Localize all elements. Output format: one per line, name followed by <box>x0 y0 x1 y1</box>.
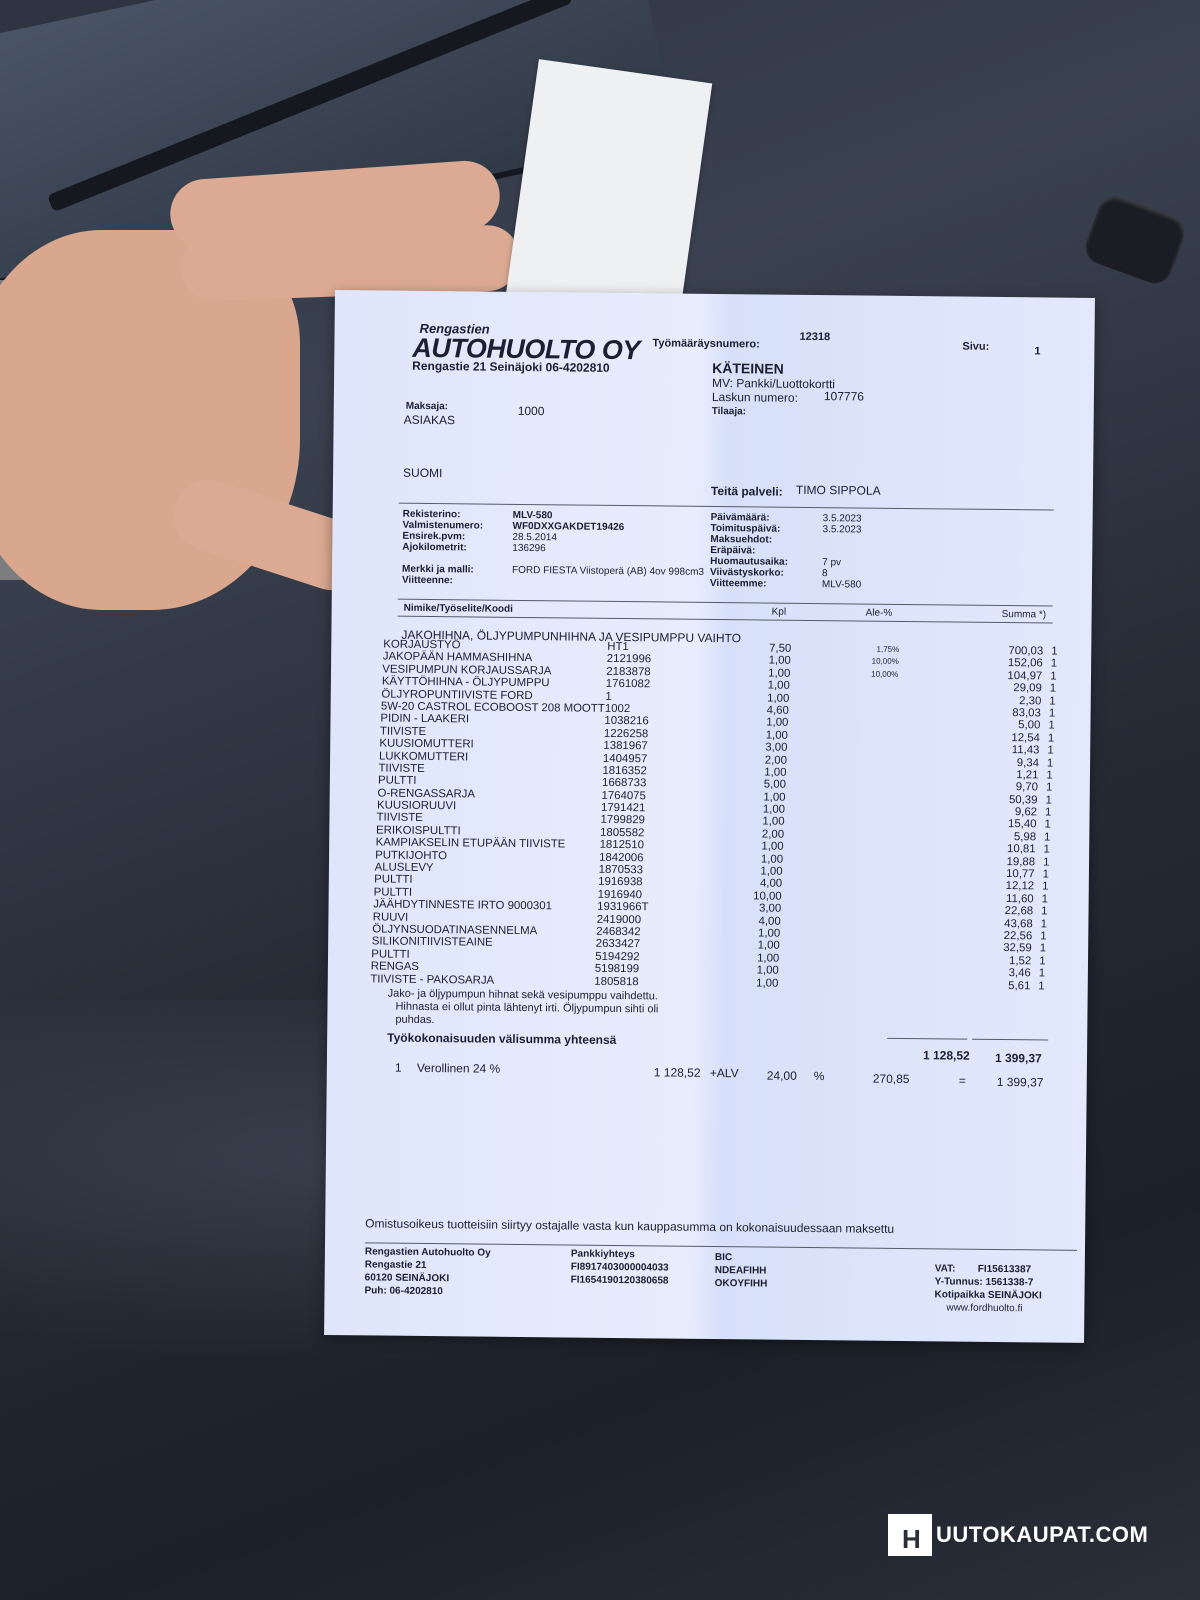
line-item-qty: 1,00 <box>742 679 790 692</box>
served-by-label: Teitä palveli: <box>711 484 783 499</box>
footer-bank: Pankkiyhteys FI8917403000004033 FI165419… <box>571 1248 669 1288</box>
line-item-vat: 1 <box>1044 819 1050 831</box>
line-item-name: ALUSLEVY <box>375 861 434 874</box>
line-item-qty: 1,00 <box>732 927 780 940</box>
line-item-sum: 1,21 <box>968 769 1038 782</box>
line-item-sum: 104,97 <box>972 669 1042 682</box>
line-item-discount <box>838 792 894 793</box>
line-item-qty: 1,00 <box>736 816 784 829</box>
line-item-vat: 1 <box>1042 881 1048 893</box>
line-item-vat: 1 <box>1051 646 1057 658</box>
line-item-sum: 700,03 <box>973 645 1043 658</box>
line-item-qty: 1,00 <box>735 853 783 866</box>
col-name: Nimike/Työselite/Koodi <box>404 603 513 615</box>
payment-type: KÄTEINEN <box>712 360 784 377</box>
line-item-name: RUUVI <box>373 911 409 924</box>
line-item-vat: 1 <box>1045 794 1051 806</box>
invoice-date: 3.5.2023 <box>823 513 862 524</box>
delivery-date: 3.5.2023 <box>822 524 861 535</box>
line-item-discount <box>834 879 890 880</box>
line-items: KORJAUSTYÖHT17,501,75%700,031JAKOPÄÄN HA… <box>380 639 1064 993</box>
line-item-discount <box>832 941 888 942</box>
line-item-discount <box>835 854 891 855</box>
vat-percent: % <box>814 1069 825 1083</box>
line-item-sum: 9,70 <box>968 781 1038 794</box>
line-item-code: 1404957 <box>603 752 647 765</box>
line-item-name: LUKKOMUTTERI <box>379 750 468 763</box>
line-item-qty: 10,00 <box>734 890 782 903</box>
subtotal-label: Työkokonaisuuden välisumma yhteensä <box>387 1031 616 1047</box>
line-item-name: TIIVISTE <box>378 762 424 775</box>
served-by: TIMO SIPPOLA <box>796 483 881 498</box>
line-item-vat: 1 <box>1051 658 1057 670</box>
line-item-vat: 1 <box>1038 980 1044 992</box>
line-item-qty: 1,00 <box>741 692 789 705</box>
line-item-qty: 1,00 <box>736 840 784 853</box>
line-item-sum: 32,59 <box>962 942 1032 955</box>
line-item-code: 1764075 <box>601 790 645 803</box>
line-item-discount <box>838 780 894 781</box>
vat-rate: 24,00 <box>767 1069 797 1083</box>
line-item-qty: 1,00 <box>740 729 788 742</box>
line-item-vat: 1 <box>1039 955 1045 967</box>
work-notes: Jako- ja öljypumpun hihnat sekä vesipump… <box>387 988 658 1030</box>
payment-method: MV: Pankki/Luottokortti <box>712 376 835 391</box>
line-item-qty: 2,00 <box>736 828 784 841</box>
washer-nozzle <box>1081 192 1190 289</box>
line-item-code: 2468342 <box>596 926 640 939</box>
line-item-name: TIIVISTE <box>380 725 426 738</box>
line-item-discount <box>839 755 895 756</box>
line-item-discount: 10,00% <box>842 668 898 681</box>
work-order-number: 12318 <box>799 331 830 343</box>
line-item-vat: 1 <box>1049 707 1055 719</box>
line-item-vat: 1 <box>1043 868 1049 880</box>
line-item-discount <box>840 718 896 719</box>
subtotal-net: 1 128,52 <box>923 1048 970 1062</box>
line-item-vat: 1 <box>1049 695 1055 707</box>
payer-id: 1000 <box>518 404 545 418</box>
work-order-label: Työmääräysnumero: <box>652 337 760 350</box>
line-item-discount: 10,00% <box>843 656 899 669</box>
line-item-name: PULTTI <box>371 948 410 961</box>
line-item-code: 1381967 <box>603 740 647 753</box>
line-item-sum: 5,98 <box>966 830 1036 843</box>
line-item-sum: 3,46 <box>961 967 1031 980</box>
line-item-code: 2183878 <box>606 666 650 679</box>
line-item-sum: 12,12 <box>964 880 1034 893</box>
terms-labels: Päivämäärä: Toimituspäivä: Maksuehdot: E… <box>710 512 789 590</box>
line-item-vat: 1 <box>1047 757 1053 769</box>
line-item-qty: 1,00 <box>735 865 783 878</box>
col-sum: Summa *) <box>1002 609 1047 620</box>
line-item-sum: 9,34 <box>969 756 1039 769</box>
subtotal-gross: 1 399,37 <box>995 1051 1042 1065</box>
payer-name: ASIAKAS <box>404 413 456 428</box>
line-item-name: KORJAUSTYÖ <box>383 639 460 652</box>
line-item-sum: 50,39 <box>967 793 1037 806</box>
line-item-code: HT1 <box>607 641 629 654</box>
line-item-qty: 3,00 <box>739 741 787 754</box>
line-item-sum: 22,68 <box>963 905 1033 918</box>
line-item-sum: 22,56 <box>962 930 1032 943</box>
line-item-code: 1038216 <box>604 715 648 728</box>
line-item-sum: 19,88 <box>965 855 1035 868</box>
line-item-code: 1805582 <box>600 827 644 840</box>
line-item-sum: 1,52 <box>961 954 1031 967</box>
footer-ids: VAT: FI15613387 Y-Tunnus: 1561338-7 Koti… <box>934 1262 1042 1315</box>
line-item-code: 1812510 <box>600 839 644 852</box>
ownership-note: Omistusoikeus tuotteisiin siirtyy ostaja… <box>365 1216 894 1236</box>
line-item-code: 2121996 <box>607 653 651 666</box>
line-item-code: 1805818 <box>594 975 638 988</box>
col-qty: Kpl <box>772 607 787 618</box>
vat-alv: +ALV <box>710 1066 739 1080</box>
line-item-name: ERIKOISPULTTI <box>376 824 461 837</box>
line-item-discount <box>833 916 889 917</box>
line-item-qty: 2,00 <box>739 754 787 767</box>
line-item-qty: 1,00 <box>738 766 786 779</box>
line-item-discount: 1,75% <box>843 643 899 656</box>
line-item-discount <box>841 705 897 706</box>
line-item-code: 1668733 <box>602 777 646 790</box>
vat-base: 1 128,52 <box>654 1065 701 1079</box>
line-item-qty: 1,00 <box>743 655 791 668</box>
line-item-discount <box>836 829 892 830</box>
line-item-code: 2633427 <box>596 938 640 951</box>
line-item-vat: 1 <box>1044 844 1050 856</box>
line-item-sum: 2,30 <box>971 694 1041 707</box>
line-item-sum: 83,03 <box>971 707 1041 720</box>
website-link: www.fordhuolto.fi <box>934 1301 1041 1315</box>
line-item-code: 1791421 <box>601 802 645 815</box>
line-item-vat: 1 <box>1041 906 1047 918</box>
line-item-sum: 10,77 <box>965 868 1035 881</box>
line-item-code: 1931966T <box>597 901 648 914</box>
line-item-sum: 43,68 <box>963 917 1033 930</box>
invoice-number-label: Laskun numero: <box>712 390 798 405</box>
line-item-sum: 152,06 <box>973 657 1043 670</box>
line-item-vat: 1 <box>1042 893 1048 905</box>
country: SUOMI <box>403 466 442 480</box>
line-item-vat: 1 <box>1050 683 1056 695</box>
line-item-code: 5198199 <box>595 963 639 976</box>
line-item-vat: 1 <box>1039 968 1045 980</box>
vat-total: 1 399,37 <box>997 1075 1044 1089</box>
line-item-sum: 15,40 <box>966 818 1036 831</box>
line-item-qty: 1,00 <box>732 940 780 953</box>
line-item-discount <box>831 953 887 954</box>
line-item-qty: 7,50 <box>743 642 791 655</box>
line-item-code: 1799829 <box>601 814 645 827</box>
vat-index: 1 <box>395 1061 402 1075</box>
vehicle-values: MLV-580 WF0DXXGAKDET19426 28.5.2014 1362… <box>512 510 705 578</box>
line-item-discount <box>836 842 892 843</box>
line-item-name: TIIVISTE - PAKOSARJA <box>370 973 494 987</box>
line-item-discount <box>842 681 898 682</box>
line-item-qty: 1,00 <box>742 667 790 680</box>
vat-label: Verollinen 24 % <box>417 1061 501 1076</box>
our-reference: MLV-580 <box>822 579 861 590</box>
line-item-code: 1916938 <box>598 876 642 889</box>
line-item-name: PULTTI <box>378 775 417 788</box>
line-item-code: 1002 <box>605 703 630 716</box>
line-item-name: PIDIN - LAAKERI <box>380 713 469 726</box>
line-item-discount <box>832 928 888 929</box>
line-item-qty: 1,00 <box>731 964 779 977</box>
line-item-discount <box>840 730 896 731</box>
line-item-qty: 1,00 <box>731 952 779 965</box>
line-item-sum: 5,00 <box>970 719 1040 732</box>
line-item-discount <box>834 891 890 892</box>
line-item-vat: 1 <box>1041 918 1047 930</box>
line-item-sum: 9,62 <box>967 806 1037 819</box>
col-discount: Ale-% <box>866 608 893 619</box>
line-item-sum: 10,81 <box>966 843 1036 856</box>
line-item-qty: 4,60 <box>741 704 789 717</box>
line-item-vat: 1 <box>1046 769 1052 781</box>
line-item-vat: 1 <box>1050 670 1056 682</box>
line-item-qty: 3,00 <box>733 902 781 915</box>
line-item-vat: 1 <box>1047 745 1053 757</box>
late-interest: 8 <box>822 568 861 579</box>
line-item-qty: 1,00 <box>740 717 788 730</box>
line-item-name: KUUSIOMUTTERI <box>379 738 473 751</box>
line-item-vat: 1 <box>1045 807 1051 819</box>
line-item-discount <box>833 903 889 904</box>
line-item-sum: 11,43 <box>969 744 1039 757</box>
footer-bic: BIC NDEAFIHH OKOYFIHH <box>715 1251 768 1291</box>
line-item-name: TIIVISTE <box>377 812 423 825</box>
line-item-sum: 11,60 <box>964 892 1034 905</box>
vehicle-labels: Rekisterino: Valmistenumero: Ensirek.pvm… <box>402 509 483 587</box>
notice-period: 7 pv <box>822 557 861 568</box>
line-item-discount <box>841 693 897 694</box>
line-item-code: 1 <box>605 690 611 702</box>
line-item-qty: 1,00 <box>737 803 785 816</box>
line-item-code: 1816352 <box>602 765 646 778</box>
line-item-sum: 12,54 <box>970 731 1040 744</box>
line-item-vat: 1 <box>1048 732 1054 744</box>
line-item-name: RENGAS <box>371 961 419 974</box>
line-item-sum: 29,09 <box>972 682 1042 695</box>
line-item-discount <box>837 817 893 818</box>
line-item-name: O-RENGASSARJA <box>377 787 475 800</box>
line-item-code: 2419000 <box>597 913 641 926</box>
line-item-code: 5194292 <box>595 951 639 964</box>
line-item-vat: 1 <box>1043 856 1049 868</box>
line-item-vat: 1 <box>1040 930 1046 942</box>
page-number: 1 <box>1034 345 1040 357</box>
line-item-name: PULTTI <box>374 874 413 887</box>
page-label: Sivu: <box>962 341 989 353</box>
line-item-discount <box>835 866 891 867</box>
line-item-discount <box>839 767 895 768</box>
huutokaupat-watermark: H UUTOKAUPAT.COM <box>888 1514 1148 1556</box>
line-item-name: KUUSIORUUVI <box>377 800 456 813</box>
line-item-qty: 4,00 <box>733 915 781 928</box>
line-item-code: 1226258 <box>604 728 648 741</box>
company-address: Rengastie 21 Seinäjoki 06-4202810 <box>412 359 610 375</box>
line-item-discount <box>831 965 887 966</box>
cube-logo-icon: H <box>888 1514 932 1556</box>
orderer-label: Tilaaja: <box>712 406 746 417</box>
line-item-sum: 5,61 <box>960 979 1030 992</box>
line-item-qty: 4,00 <box>734 878 782 891</box>
vat-equals: = <box>959 1074 966 1088</box>
line-item-discount <box>837 804 893 805</box>
line-item-name: PULTTI <box>374 886 413 899</box>
line-item-name: PUTKIJOHTO <box>375 849 447 862</box>
line-item-discount <box>839 742 895 743</box>
footer-company: Rengastien Autohuolto Oy Rengastie 21 60… <box>364 1245 490 1298</box>
line-item-discount <box>830 978 886 979</box>
line-item-vat: 1 <box>1046 782 1052 794</box>
line-item-qty: 1,00 <box>730 977 778 990</box>
invoice-document: Rengastien AUTOHUOLTO OY Rengastie 21 Se… <box>324 290 1095 1343</box>
invoice-number: 107776 <box>824 389 864 403</box>
line-item-qty: 1,00 <box>737 791 785 804</box>
terms-values: 3.5.2023 3.5.2023 7 pv 8 MLV-580 <box>822 513 862 590</box>
line-item-vat: 1 <box>1040 943 1046 955</box>
line-item-code: 1916940 <box>598 889 642 902</box>
line-item-code: 1761082 <box>606 678 650 691</box>
payer-label: Maksaja: <box>406 401 448 412</box>
line-item-vat: 1 <box>1044 831 1050 843</box>
line-item-code: 1842006 <box>599 851 643 864</box>
line-item-code: 1870533 <box>599 864 643 877</box>
vehicle-model: FORD FIESTA Viistoperä (AB) 4ov 998cm3 <box>512 565 704 578</box>
line-item-qty: 5,00 <box>738 779 786 792</box>
line-item-vat: 1 <box>1048 720 1054 732</box>
vat-amount: 270,85 <box>873 1072 910 1086</box>
